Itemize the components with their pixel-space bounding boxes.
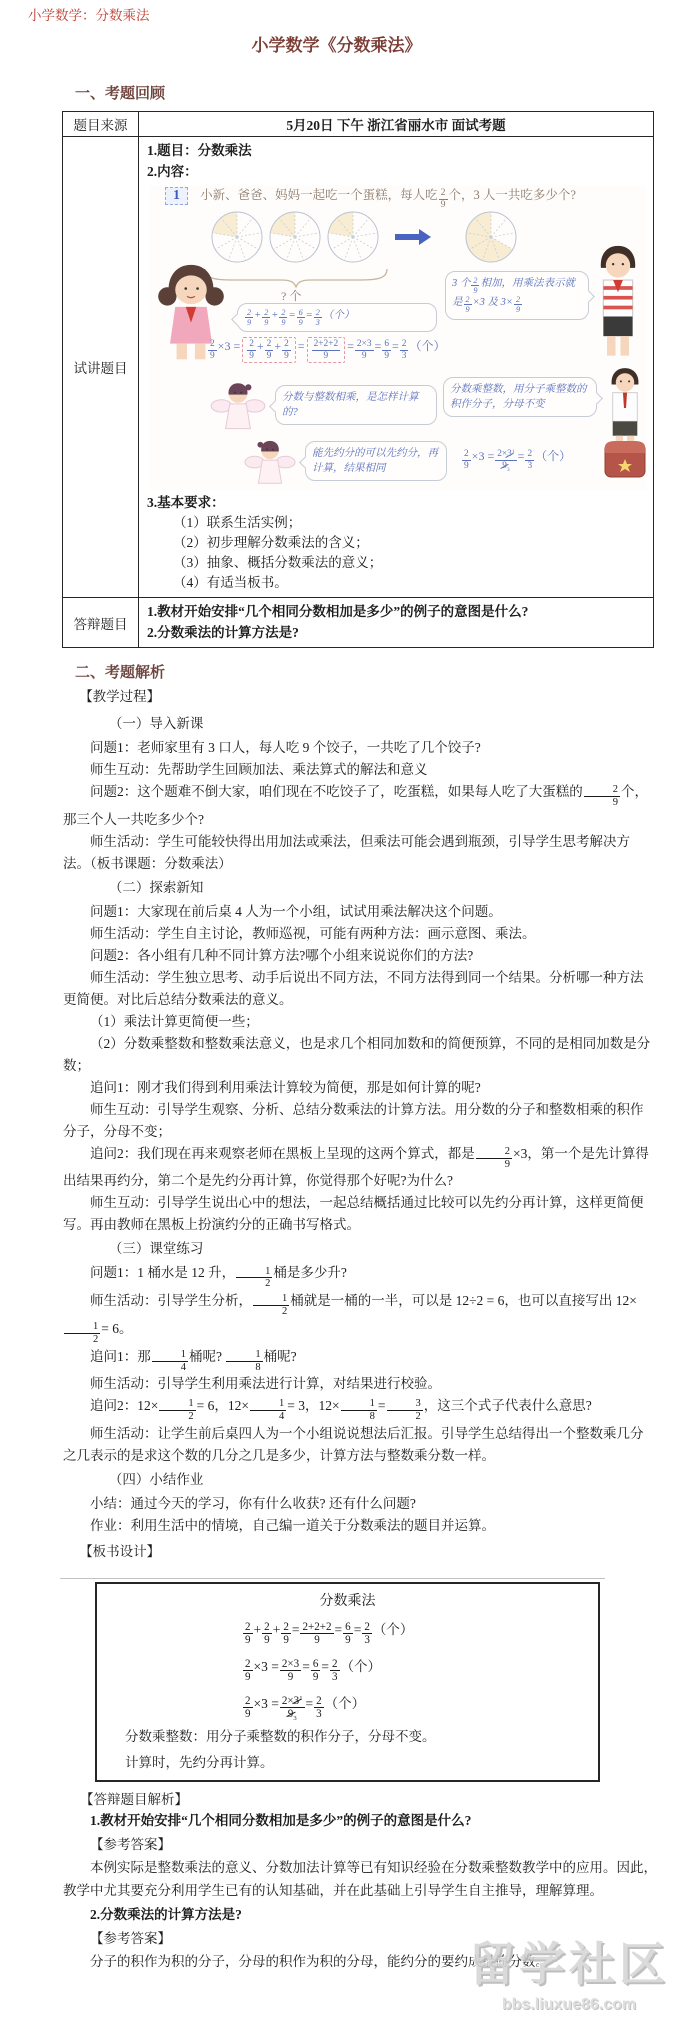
defense-question-2: 2.分数乘法的计算方法是? xyxy=(63,1904,659,1926)
cancellation-equation: 29×3 =2×3193=23（个） xyxy=(461,447,571,471)
board-equation-1: 29+29+29=2+2+29=69=23（个） xyxy=(242,1618,598,1647)
brace-label: ? 个 xyxy=(281,287,301,304)
speech-bubble-rule: 分数乘整数，用分子乘整数的积作分子，分母不变 xyxy=(443,377,597,417)
speech-bubble-how-question: 分数与整数相乘，是怎样计算的? xyxy=(275,385,437,425)
document-page: 小学数学：分数乘法 小学数学《分数乘法》 一、考题回顾 题目来源 5月20日 下… xyxy=(0,0,673,2021)
list-item: 问题1：老师家里有 3 口人，每人吃 9 个饺子，一共吃了几个饺子? xyxy=(63,737,655,759)
list-item: 师生活动：引导学生分析，12桶就是一桶的一半，可以是 12÷2 = 6，也可以直… xyxy=(63,1290,655,1345)
section-heading-review: 一、考题回顾 xyxy=(75,82,673,103)
list-item: 问题1：1 桶水是 12 升，12桶是多少升? xyxy=(63,1262,655,1290)
cake-pie-icon xyxy=(327,211,379,263)
list-item: 追问1：那14桶呢? 18桶呢? xyxy=(63,1346,655,1374)
list-item: （2）分数乘整数和整数乘法意义，也是求几个相同加数和的简便预算，不同的是相同加数… xyxy=(63,1033,655,1077)
list-item: 2.分数乘法的计算方法是? xyxy=(147,622,647,643)
breadcrumb: 小学数学：分数乘法 xyxy=(28,4,150,24)
defense-analysis-header: 【答辩题目解析】 xyxy=(80,1788,659,1808)
reference-answer-1: 本例实际是整数乘法的意义、分数加法计算等已有知识经验在分数乘整数教学中的应用。因… xyxy=(63,1856,659,1902)
list-item: 师生活动：让学生前后桌四人为一个小组说说想法后汇报。引导学生总结得出一个整数乘几… xyxy=(63,1423,655,1467)
list-item: （4）有适当板书。 xyxy=(173,573,647,593)
list-item: （2）初步理解分数乘法的含义； xyxy=(173,533,647,553)
list-item: （三）课堂练习 xyxy=(63,1237,655,1261)
list-item: （3）抽象、概括分数乘法的意义； xyxy=(173,553,647,573)
list-item: 师生活动：学生自主讨论，教师巡视，可能有两种方法：画示意图、乘法。 xyxy=(63,923,655,945)
problem-text: 小新、爸爸、妈妈一起吃一个蛋糕，每人吃29个，3 人一共吃多少个? xyxy=(200,188,576,202)
list-item: （1）乘法计算更简便一些； xyxy=(63,1011,655,1033)
list-item: 师生活动：学生可能较快得出用加法或乘法，但乘法可能会遇到瓶颈，引导学生思考解决方… xyxy=(63,831,655,875)
cake-pie-icon xyxy=(269,211,321,263)
list-item: 【板书设计】 xyxy=(63,1540,655,1564)
teaching-process: 【教学过程】（一）导入新课问题1：老师家里有 3 口人，每人吃 9 个饺子，一共… xyxy=(63,685,655,1564)
schoolbag-icon xyxy=(601,435,649,479)
main-equation: 29×3 =29+29+29=2+2+29=2×39=69=23（个） xyxy=(207,337,643,363)
cake-pie-result-icon xyxy=(465,211,517,263)
list-item: 追问1：刚才我们得到利用乘法计算较为简便，那是如何计算的呢? xyxy=(63,1077,655,1099)
board-note-2: 计算时，先约分再计算。 xyxy=(125,1756,598,1770)
table-row: 试讲题目 1.题目：分数乘法 2.内容： 1 小新、爸爸、妈妈一起吃一个蛋糕，每… xyxy=(63,137,654,598)
list-item: 小结：通过今天的学习，你有什么收获? 还有什么问题? xyxy=(63,1493,655,1515)
board-title: 分数乘法 xyxy=(97,1590,598,1610)
table-row: 答辩题目 1.教材开始安排“几个相同分数相加是多少”的例子的意图是什么?2.分数… xyxy=(63,598,654,648)
cake-pie-icon xyxy=(211,211,263,263)
exam-review-table: 题目来源 5月20日 下午 浙江省丽水市 面试考题 试讲题目 1.题目：分数乘法… xyxy=(62,111,654,648)
speech-bubble-addition: 29+29+29=69=23（个） xyxy=(237,303,437,332)
textbook-illustration: 1 小新、爸爸、妈妈一起吃一个蛋糕，每人吃29个，3 人一共吃多少个? ? 个 xyxy=(149,185,647,490)
right-arrow-icon xyxy=(395,229,431,245)
reference-answer-label: 【参考答案】 xyxy=(63,1834,659,1856)
defense-questions: 1.教材开始安排“几个相同分数相加是多少”的例子的意图是什么?2.分数乘法的计算… xyxy=(139,598,654,648)
section-heading-analysis: 二、考题解析 xyxy=(75,661,673,682)
defense-question-1: 1.教材开始安排“几个相同分数相加是多少”的例子的意图是什么? xyxy=(63,1810,659,1832)
list-item: （1）联系生活实例； xyxy=(173,513,647,533)
divider xyxy=(60,1578,605,1579)
lecture-cell: 1.题目：分数乘法 2.内容： 1 小新、爸爸、妈妈一起吃一个蛋糕，每人吃29个… xyxy=(139,137,654,598)
watermark-site-name: 留学社区 xyxy=(469,1928,669,1994)
list-item: （二）探索新知 xyxy=(63,876,655,900)
list-item: 问题2：这个题难不倒大家，咱们现在不吃饺子了，吃蛋糕，如果每人吃了大蛋糕的29个… xyxy=(63,781,655,831)
table-row: 题目来源 5月20日 下午 浙江省丽水市 面试考题 xyxy=(63,112,654,137)
list-item: 追问2：我们现在再来观察老师在黑板上呈现的这两个算式，都是29×3，第一个是先计… xyxy=(63,1143,655,1193)
list-item: （四）小结作业 xyxy=(63,1468,655,1492)
speech-bubble-simplify: 能先约分的可以先约分，再计算，结果相同 xyxy=(305,441,447,481)
list-item: 师生活动：引导学生利用乘法进行计算，对结果进行校验。 xyxy=(63,1373,655,1395)
lecture-topic: 1.题目：分数乘法 xyxy=(147,140,647,161)
list-item: 师生互动：先帮助学生回顾加法、乘法算式的解法和意义 xyxy=(63,759,655,781)
problem-line: 1 小新、爸爸、妈妈一起吃一个蛋糕，每人吃29个，3 人一共吃多少个? xyxy=(165,185,641,211)
watermark: 留学社区 bbs.liuxue86.com xyxy=(469,1928,669,2014)
lecture-content-label: 2.内容： xyxy=(147,161,647,182)
requirement-list: （1）联系生活实例；（2）初步理解分数乘法的含义；（3）抽象、概括分数乘法的意义… xyxy=(147,513,647,593)
problem-number-badge: 1 xyxy=(165,187,188,205)
row-label-defense: 答辩题目 xyxy=(63,598,139,648)
speech-bubble-multiplication: 3 个29相加，用乘法表示就是29×3 及 3×29 xyxy=(445,271,589,320)
list-item: 问题2：各小组有几种不同计算方法?哪个小组来说说你们的方法? xyxy=(63,945,655,967)
row-label-source: 题目来源 xyxy=(63,112,139,137)
board-equation-3: 29×3 =2×3193=23（个） xyxy=(242,1692,598,1721)
lecture-requirements-label: 3.基本要求： xyxy=(147,492,647,513)
list-item: 师生互动：引导学生观察、分析、总结分数乘法的计算方法。用分数的分子和整数相乘的积… xyxy=(63,1099,655,1143)
list-item: 问题1：大家现在前后桌 4 人为一个小组，试试用乘法解决这个问题。 xyxy=(63,901,655,923)
board-note-1: 分数乘整数：用分子乘整数的积作分子，分母不变。 xyxy=(125,1730,598,1744)
watermark-site-url: bbs.liuxue86.com xyxy=(469,1996,669,2014)
row-label-lecture: 试讲题目 xyxy=(63,137,139,598)
board-equation-2: 29×3 =2×39=69=23（个） xyxy=(242,1655,598,1684)
list-item: 1.教材开始安排“几个相同分数相加是多少”的例子的意图是什么? xyxy=(147,601,647,622)
exam-source-value: 5月20日 下午 浙江省丽水市 面试考题 xyxy=(139,112,654,137)
fairy-girl-illustration xyxy=(241,437,299,491)
list-item: 【教学过程】 xyxy=(63,685,655,709)
list-item: （一）导入新课 xyxy=(63,712,655,736)
blackboard-design-box: 分数乘法 29+29+29=2+2+29=69=23（个） 29×3 =2×39… xyxy=(95,1582,600,1782)
list-item: 作业：利用生活中的情境，自己编一道关于分数乘法的题目并运算。 xyxy=(63,1515,655,1537)
list-item: 师生互动：引导学生说出心中的想法，一起总结概括通过比较可以先约分再计算，这样更简… xyxy=(63,1192,655,1236)
list-item: 追问2：12×12= 6，12×14= 3，12×18=32，这三个式子代表什么… xyxy=(63,1395,655,1423)
list-item: 师生活动：学生独立思考、动手后说出不同方法，不同方法得到同一个结果。分析哪一种方… xyxy=(63,967,655,1011)
fairy-girl-illustration xyxy=(207,379,269,437)
